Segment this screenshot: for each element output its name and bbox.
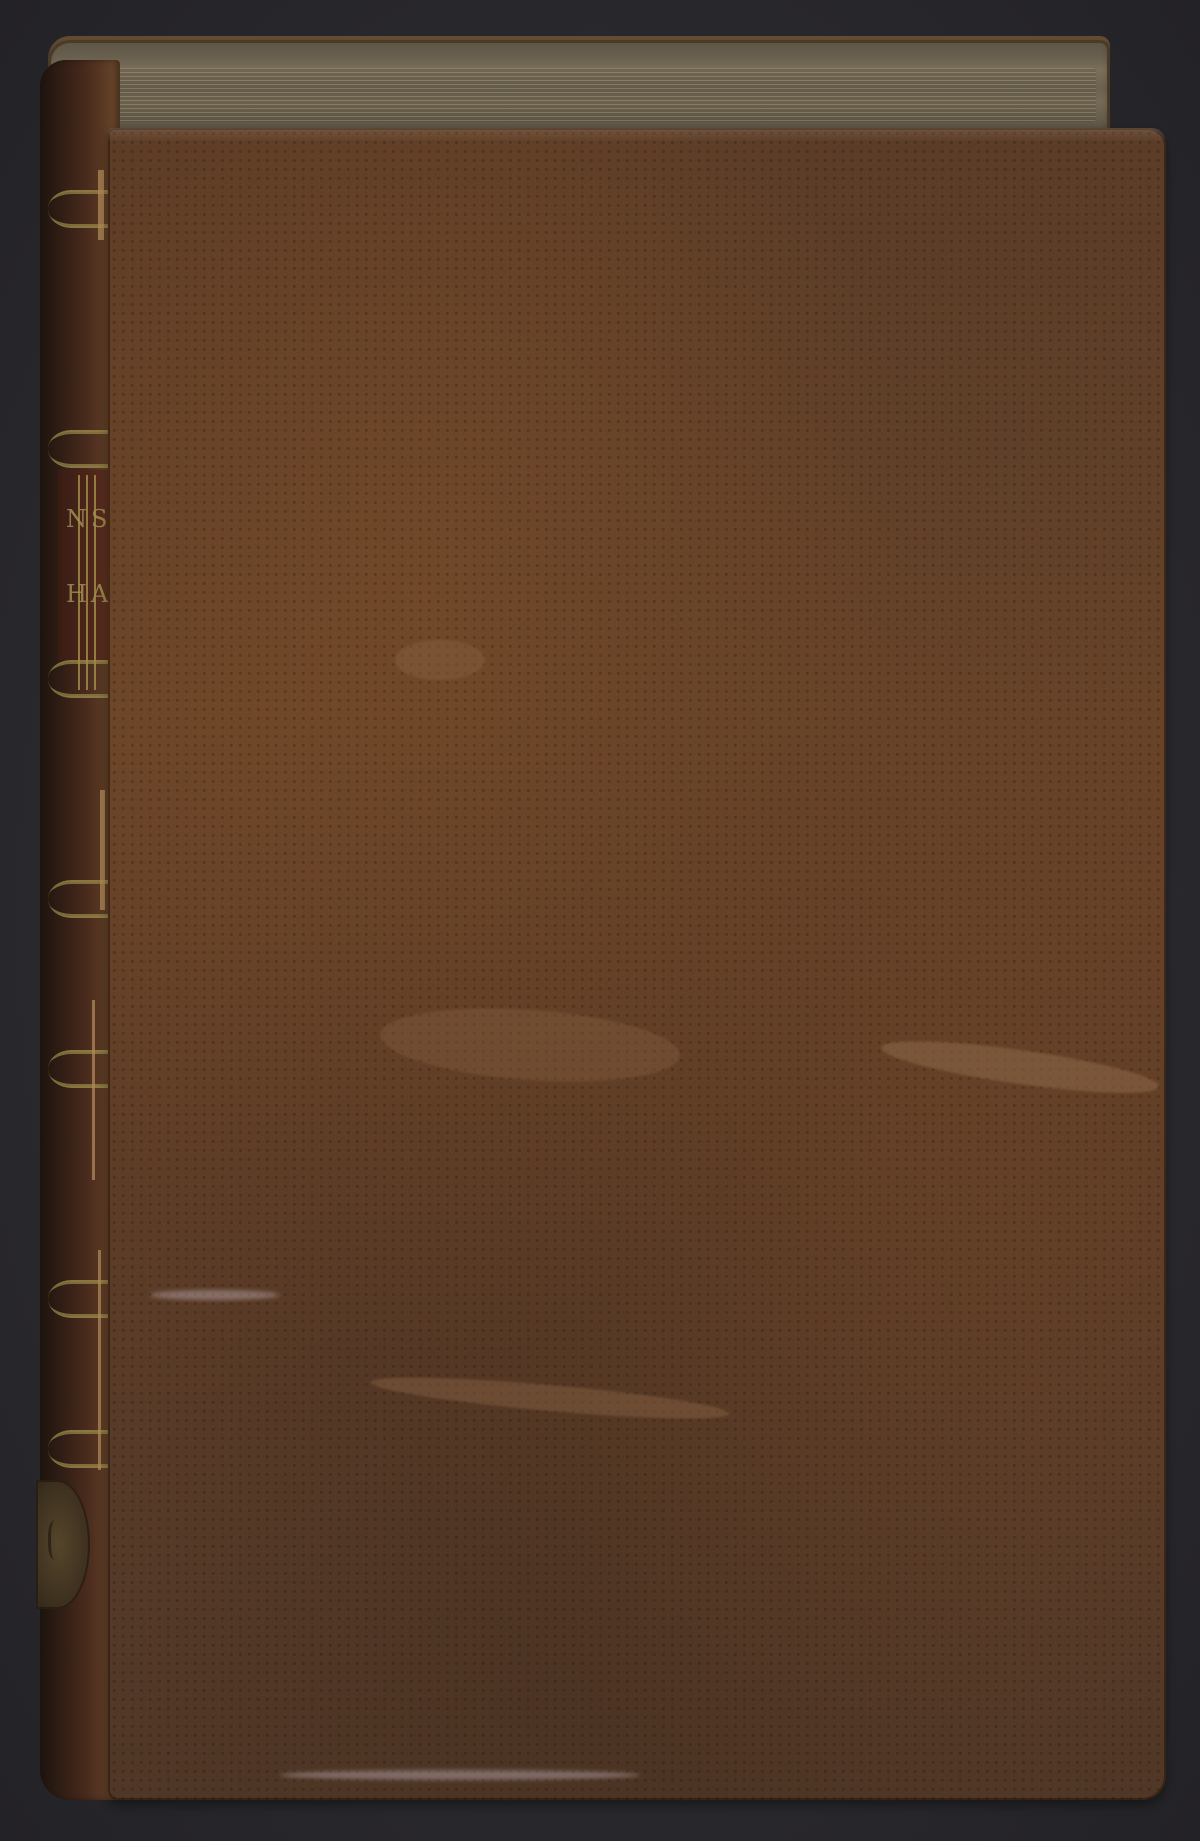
cover-top-edge (108, 128, 1166, 142)
spine-lettering-1: NS (66, 505, 111, 533)
spine-lettering-2: HA (66, 580, 112, 608)
front-cover (108, 128, 1166, 1800)
cover-sheen (150, 1290, 280, 1300)
spine-label-mark (48, 1520, 65, 1560)
cover-scuff (395, 640, 485, 680)
cover-sheen (280, 1770, 640, 1780)
page-block-top-edge (48, 40, 1110, 140)
spine-wear (100, 790, 105, 910)
spine-wear (98, 1250, 101, 1470)
spine-wear (92, 1000, 95, 1180)
spine-wear (98, 170, 104, 240)
